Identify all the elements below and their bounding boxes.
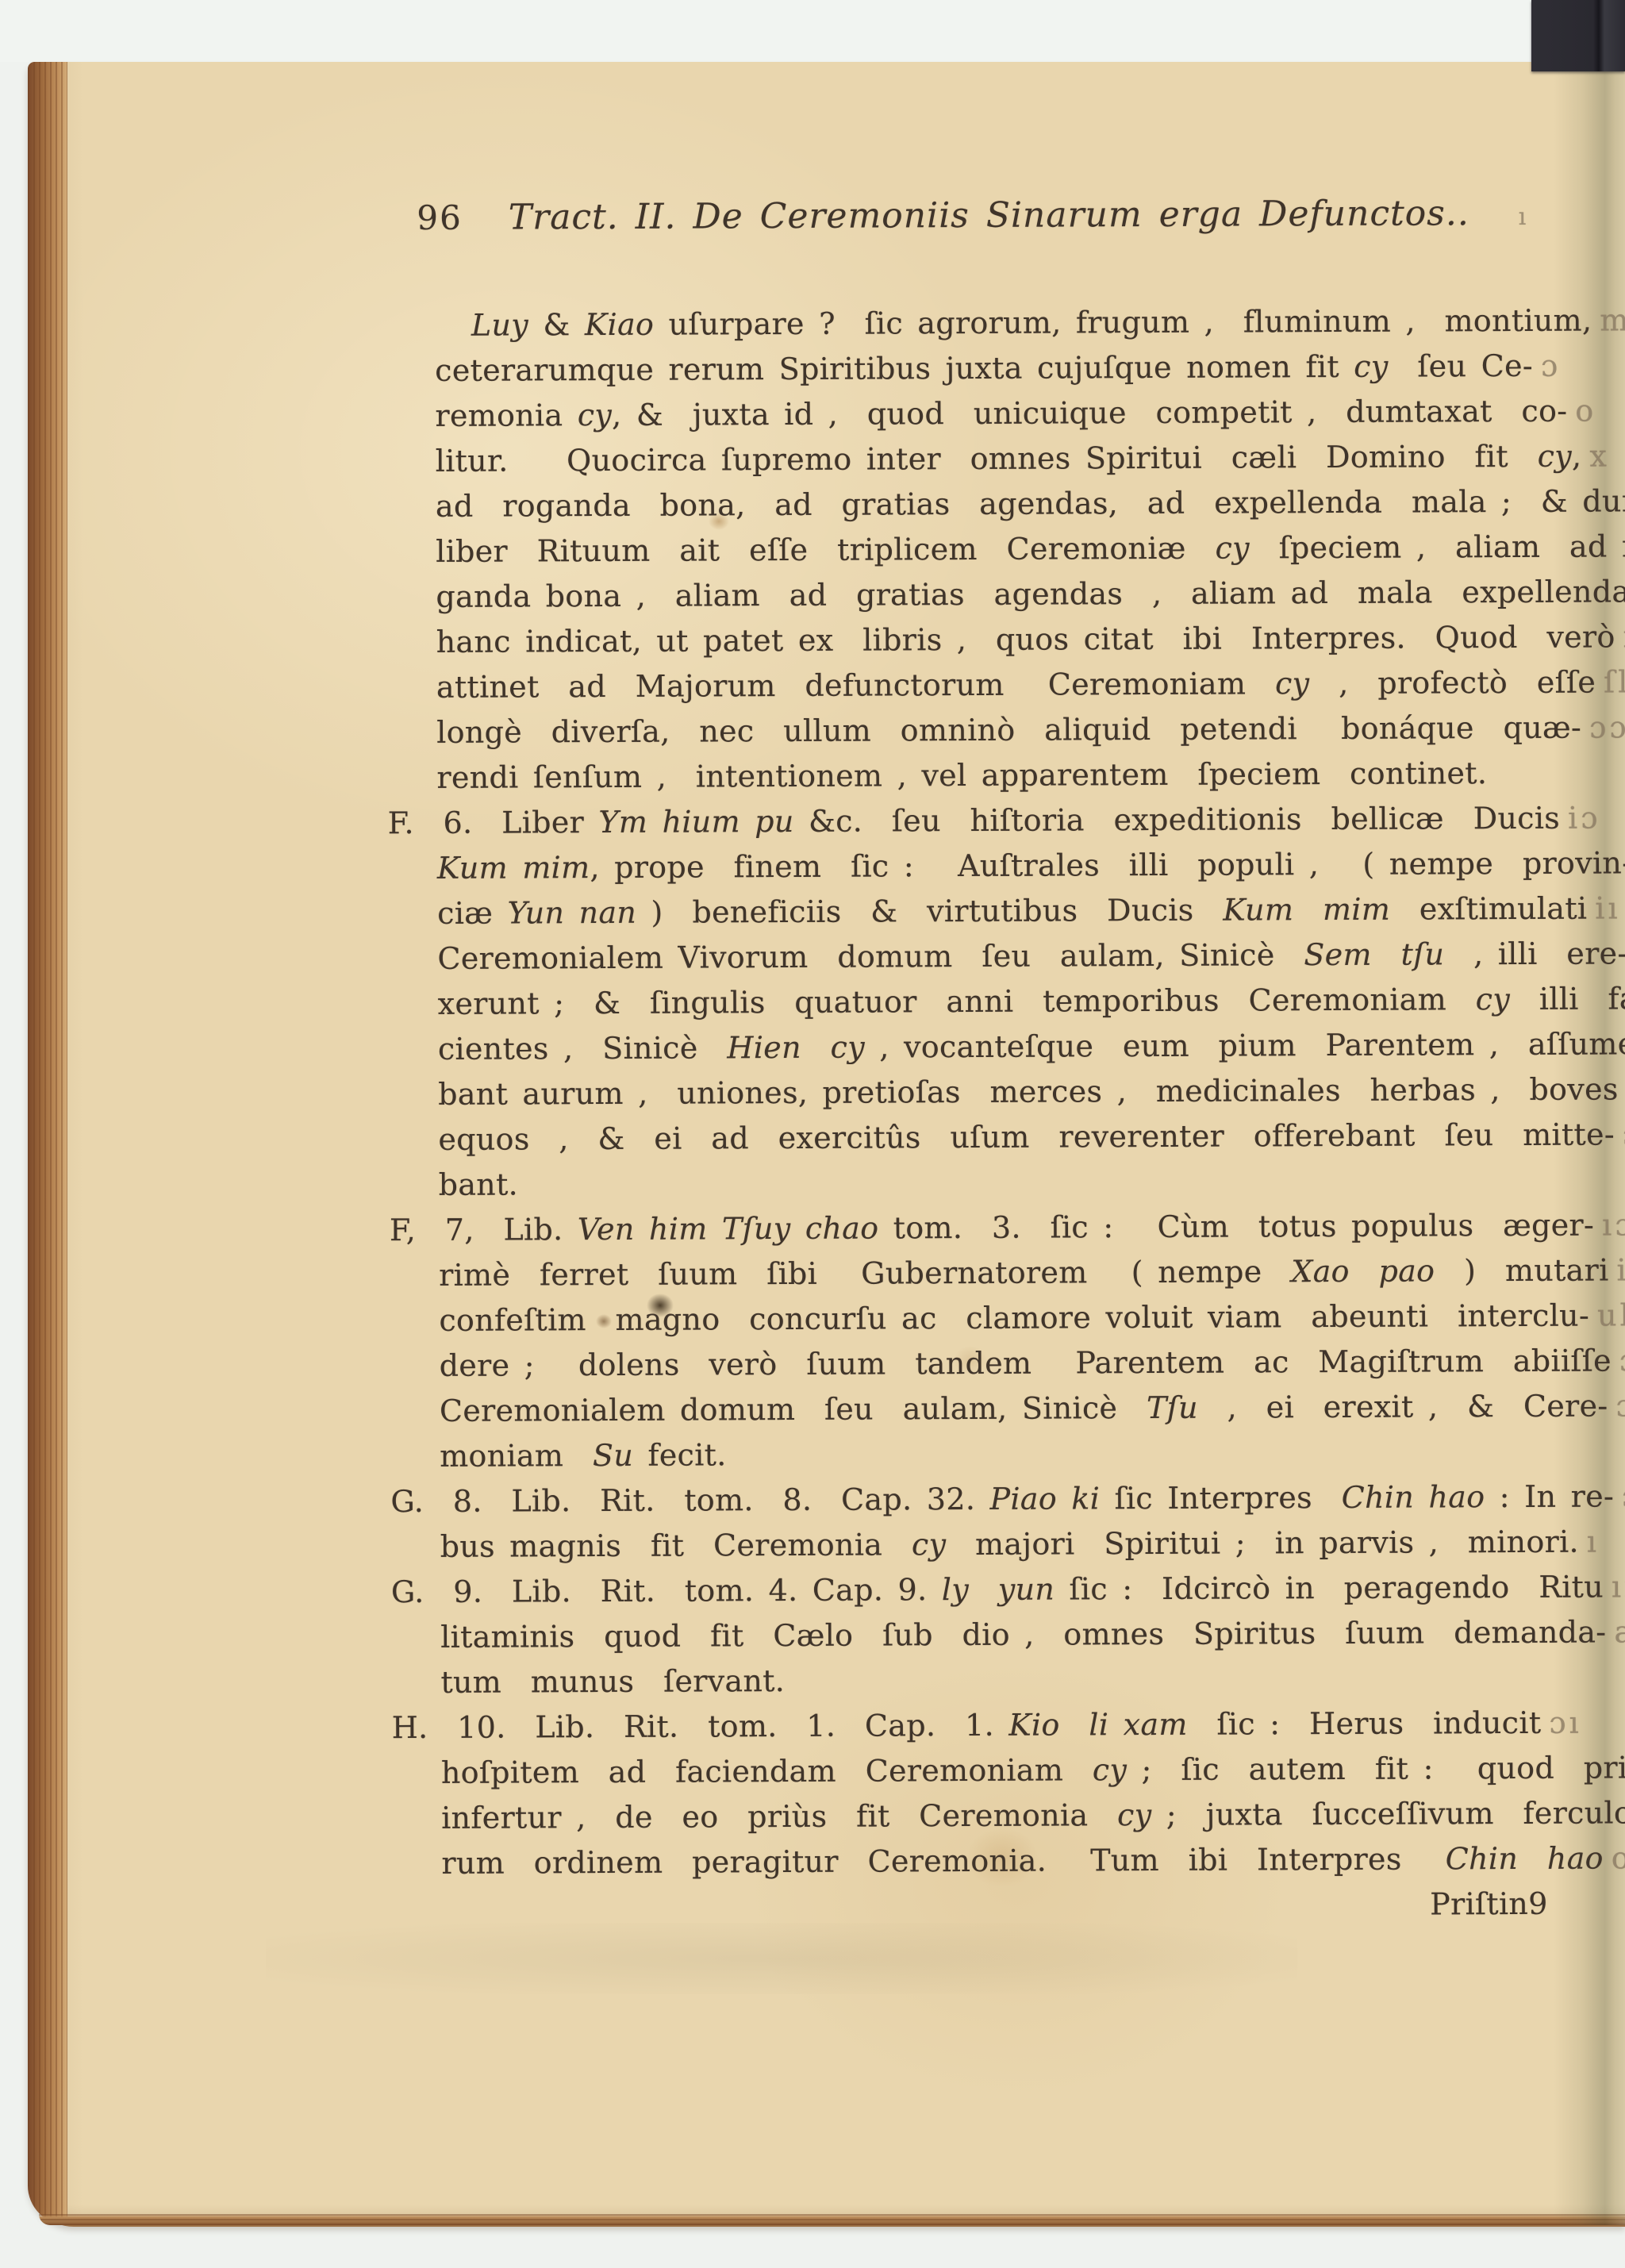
text-line: hanc indicat, ut patet ex libris , quos … [436,615,1547,665]
text-run: hanc indicat, ut patet ex libris , quos … [436,619,1615,659]
text-run: Xao pao [1291,1253,1435,1289]
text-run: ) beneficiis & virtutibus Ducis [636,893,1223,930]
text-line: ciæ Yun nan ) beneficiis & virtutibus Du… [437,886,1548,936]
text-line: attinet ad Majorum defunctorum Ceremonia… [436,660,1547,710]
text-run: Hien cy [727,1030,865,1066]
text-run: Luy [471,307,528,342]
text-line: rum ordinem peragitur Ceremonia. Tum ibi… [441,1836,1552,1886]
bleed-through-fragment: ıi [1612,1569,1625,1604]
running-title: Tract. II. De Ceremoniis Sinarum erga De… [509,193,1469,237]
text-run: Piao ki [989,1481,1100,1516]
text-line: moniam Su fecit. [440,1429,1550,1479]
text-line: rendi ſenſum , intentionem , vel apparen… [436,751,1547,801]
text-run: H. 10. Lib. Rit. tom. 1. Cap. 1. [392,1708,1009,1745]
text-run: litur. Quocirca ſupremo inter omnes Spir… [436,439,1538,479]
text-run: Ym hium pu [598,804,793,840]
text-line: infertur , de eo priùs fit Ceremonia cy … [441,1791,1552,1841]
text-run: , profectò eſſe [1309,665,1596,702]
text-run: uſurpare ? ſic agrorum, frugum , fluminu… [654,303,1592,342]
scan-background-margin [0,0,1625,62]
text-run: Su [593,1438,633,1473]
text-line: remonia cy, & juxta id , quod unicuique … [435,389,1546,439]
text-run: , illi ere- [1444,936,1625,971]
text-run: longè diverſa, nec ullum omninò aliquid … [436,710,1581,750]
text-line: hoſpitem ad faciendam Ceremoniam cy ; ſi… [441,1746,1552,1796]
text-run: cy [1275,666,1310,701]
text-run: Chin hao [1446,1841,1604,1877]
text-run: ciæ [437,896,508,931]
text-line: equos , & ei ad exercitûs uſum reverente… [438,1113,1549,1163]
text-run: dere ; dolens verò ſuum tandem Parentem … [440,1343,1612,1382]
bleed-through-fragment: ɔı [1615,1388,1625,1423]
text-run: litaminis quod fit Cælo ſub dio , omnes … [440,1615,1606,1655]
text-run: rum ordinem peragitur Ceremonia. Tum ibi… [441,1841,1446,1881]
text-run: confeſtim magno concurſu ac clamore volu… [439,1298,1589,1338]
text-line: F, 7, Lib. Ven him Tſuy chao tom. 3. ſic… [390,1203,1550,1253]
text-line: Ceremonialem Vivorum domum ſeu aulam, Si… [437,932,1548,982]
text-run: ſpeciem , aliam ad ro- [1250,529,1625,565]
bleed-through-fragment: ul [1597,1297,1625,1332]
bleed-through-fragment: abı [1614,1614,1625,1649]
text-run: ad roganda bona, ad gratias agendas, ad … [436,483,1625,524]
text-run: , vocanteſque eum pium Parentem , aſſume… [865,1026,1625,1064]
text-line: confeſtim magno concurſu ac clamore volu… [439,1294,1550,1344]
text-run: , ei erexit , & Cere- [1198,1388,1608,1424]
text-run: G. 8. Lib. Rit. tom. 8. Cap. 32. [390,1482,989,1519]
text-line: liber Rituum ait eſſe triplicem Ceremoni… [436,525,1546,575]
bleed-through-fragment: ı [1519,203,1527,231]
text-line: bant. [439,1158,1550,1208]
text-run: equos , & ei ad exercitûs uſum reverente… [438,1117,1615,1156]
bleed-through-fragment: ɔ [1541,348,1561,383]
text-run: Kum mim [1223,892,1390,928]
bleed-through-fragment: ıɔ [1602,1207,1625,1242]
text-run: cy [1215,530,1250,565]
text-run: cy [578,398,613,432]
text-run: fecit. [633,1437,727,1473]
text-run: tum munus ſervant. [440,1663,785,1700]
bleed-through-fragment: om [1612,1840,1625,1875]
text-run: , [1572,439,1582,474]
bleed-through-fragment: m [1600,302,1625,337]
text-line: litaminis quod fit Cælo ſub dio , omnes … [440,1610,1551,1660]
text-run: Ceremonialem Vivorum domum ſeu aulam, Si… [437,937,1304,976]
book-page: 96 Tract. II. De Ceremoniis Sinarum erga… [28,62,1625,2225]
text-run: , prope finem ſic : Auſtrales illi popul… [590,845,1625,885]
text-line: dere ; dolens verò ſuum tandem Parentem … [440,1339,1550,1389]
page-edge-stack-bottom [39,2214,1625,2225]
text-run: ganda bona , aliam ad gratias agendas , … [436,574,1625,614]
text-run: Tſu [1147,1390,1198,1425]
text-run: Yun nan [508,895,637,931]
text-run: ſic : Herus inducit [1188,1705,1542,1742]
text-run: majori Spiritui ; in parvis , minori. [946,1524,1579,1562]
text-run: Ceremonialem domum ſeu aulam, Sinicè [440,1390,1147,1428]
text-line: bant aurum , uniones, pretioſas merces ,… [438,1067,1549,1117]
text-run: cy [1538,439,1573,474]
scan-corner-band [1531,0,1625,71]
text-run: hoſpitem ad faciendam Ceremoniam [441,1752,1093,1790]
text-run: G. 9. Lib. Rit. tom. 4. Cap. 9. [391,1572,942,1609]
text-line: xerunt ; & ſingulis quatuor anni tempori… [438,977,1549,1027]
text-run: bant. [439,1167,519,1201]
text-run: xerunt ; & ſingulis quatuor anni tempori… [438,982,1476,1021]
text-run: ceterarumque rerum Spiritibus juxta cuju… [435,349,1354,388]
text-run: Kiao [585,307,654,342]
text-run: Sem tſu [1304,936,1444,972]
text-run: exſtimulati [1390,891,1587,927]
bleed-through-fragment: x [1589,438,1610,473]
text-run: rimè ferret ſuum ſibi Gubernatorem ( nem… [439,1254,1291,1293]
text-line: F. 6. Liber Ym hium pu &c. ſeu hiſtoria … [388,796,1548,846]
text-run: ſic Interpres [1100,1480,1342,1516]
body-text: Luy & Kiao uſurpare ? ſic agrorum, frugu… [386,298,1553,1932]
text-line: rimè ferret ſuum ſibi Gubernatorem ( nem… [439,1248,1550,1298]
bleed-through-fragment: ı [1587,1524,1600,1559]
text-run: ; ſic autem fit : quod priù [1127,1750,1625,1787]
text-run: illi fa- [1510,981,1625,1017]
bleed-through-fragment: ɔı [1549,1705,1582,1740]
text-run: ly yun [942,1572,1055,1608]
text-run: Kio li xam [1008,1707,1188,1743]
page-header: 96 Tract. II. De Ceremoniis Sinarum erga… [385,193,1545,238]
text-run: rendi ſenſum , intentionem , vel apparen… [436,755,1487,795]
text-run: : In re- [1485,1478,1614,1514]
text-run: cy [1093,1752,1128,1787]
bleed-through-fragment: ɔı [1622,1478,1625,1513]
text-run: cy [1117,1797,1152,1832]
text-line: litur. Quocirca ſupremo inter omnes Spir… [436,434,1546,484]
bleed-through-fragment: iɔ [1568,801,1601,836]
text-run: , & juxta id , quod unicuique competit ,… [612,394,1567,432]
page-edge-stack [28,62,67,2225]
text-run: Kum mim [437,850,590,886]
text-run: cy [1476,982,1511,1017]
text-run: bant aurum , uniones, pretioſas merces ,… [438,1071,1619,1111]
bleed-through-fragment: iı [1595,890,1621,925]
text-line: G. 8. Lib. Rit. tom. 8. Cap. 32. Piao ki… [390,1474,1550,1524]
text-run: ) mutari [1435,1252,1608,1288]
bleed-through-fragment: ɔl [1619,1343,1625,1378]
printed-page-content: 96 Tract. II. De Ceremoniis Sinarum erga… [385,193,1553,1932]
text-run: cy [1354,349,1389,384]
text-run: Ven him Tſuy chao [578,1210,879,1247]
text-run: F. 6. Liber [388,805,599,840]
text-line: Luy & Kiao uſurpare ? ſic agrorum, frugu… [471,298,1546,348]
text-run: bus magnis fit Ceremonia [440,1527,912,1564]
text-run: Chin hao [1342,1479,1485,1515]
text-run: remonia [435,398,578,433]
text-line: H. 10. Lib. Rit. tom. 1. Cap. 1. Kio li … [392,1701,1552,1751]
bleed-through-fragment: ɔɔ [1589,709,1625,744]
text-run: Priſtin9 [1430,1886,1548,1922]
text-run: liber Rituum ait eſſe triplicem Ceremoni… [436,531,1216,569]
text-line: Priſtin9 [393,1882,1548,1932]
text-line: ceterarumque rerum Spiritibus juxta cuju… [435,344,1546,394]
text-line: ganda bona , aliam ad gratias agendas , … [436,570,1546,620]
bleed-through-fragment: iı [1616,1252,1625,1287]
text-run: & [528,307,585,342]
text-run: &c. ſeu hiſtoria expeditionis bellicæ Du… [794,801,1561,839]
page-number: 96 [417,198,463,237]
text-run: ſic : Idcircò in peragendo Ritu [1055,1570,1604,1607]
text-run: ſeu Ce- [1389,348,1534,384]
text-run: attinet ad Majorum defunctorum Ceremonia… [436,666,1275,705]
text-line: bus magnis fit Ceremonia cy majori Spiri… [440,1520,1551,1570]
show-through-smudge [266,1923,1297,1994]
bleed-through-fragment: ſl [1604,664,1625,699]
text-line: Ceremonialem domum ſeu aulam, Sinicè Tſu… [440,1384,1550,1434]
text-run: ; juxta ſucceſſivum ferculo- [1151,1795,1625,1832]
text-line: longè diverſa, nec ullum omninò aliquid … [436,705,1547,755]
bleed-through-fragment: o [1575,394,1596,429]
text-run: F, 7, Lib. [390,1212,578,1247]
text-run: tom. 3. ſic : Cùm totus populus æger- [878,1208,1594,1246]
text-line: Kum mim, prope finem ſic : Auſtrales ill… [437,841,1548,891]
text-line: tum munus ſervant. [440,1655,1551,1705]
text-run: moniam [440,1438,593,1474]
scanned-book-photo: { "header": { "page_number": "96", "titl… [0,0,1625,2268]
text-run: infertur , de eo priùs fit Ceremonia [441,1797,1117,1836]
text-run: cientes , Sinicè [438,1030,728,1067]
text-line: cientes , Sinicè Hien cy , vocanteſque e… [438,1022,1549,1072]
text-run: cy [912,1527,947,1562]
text-line: ad roganda bona, ad gratias agendas, ad … [436,479,1546,529]
text-line: G. 9. Lib. Rit. tom. 4. Cap. 9. ly yun ſ… [391,1565,1551,1615]
